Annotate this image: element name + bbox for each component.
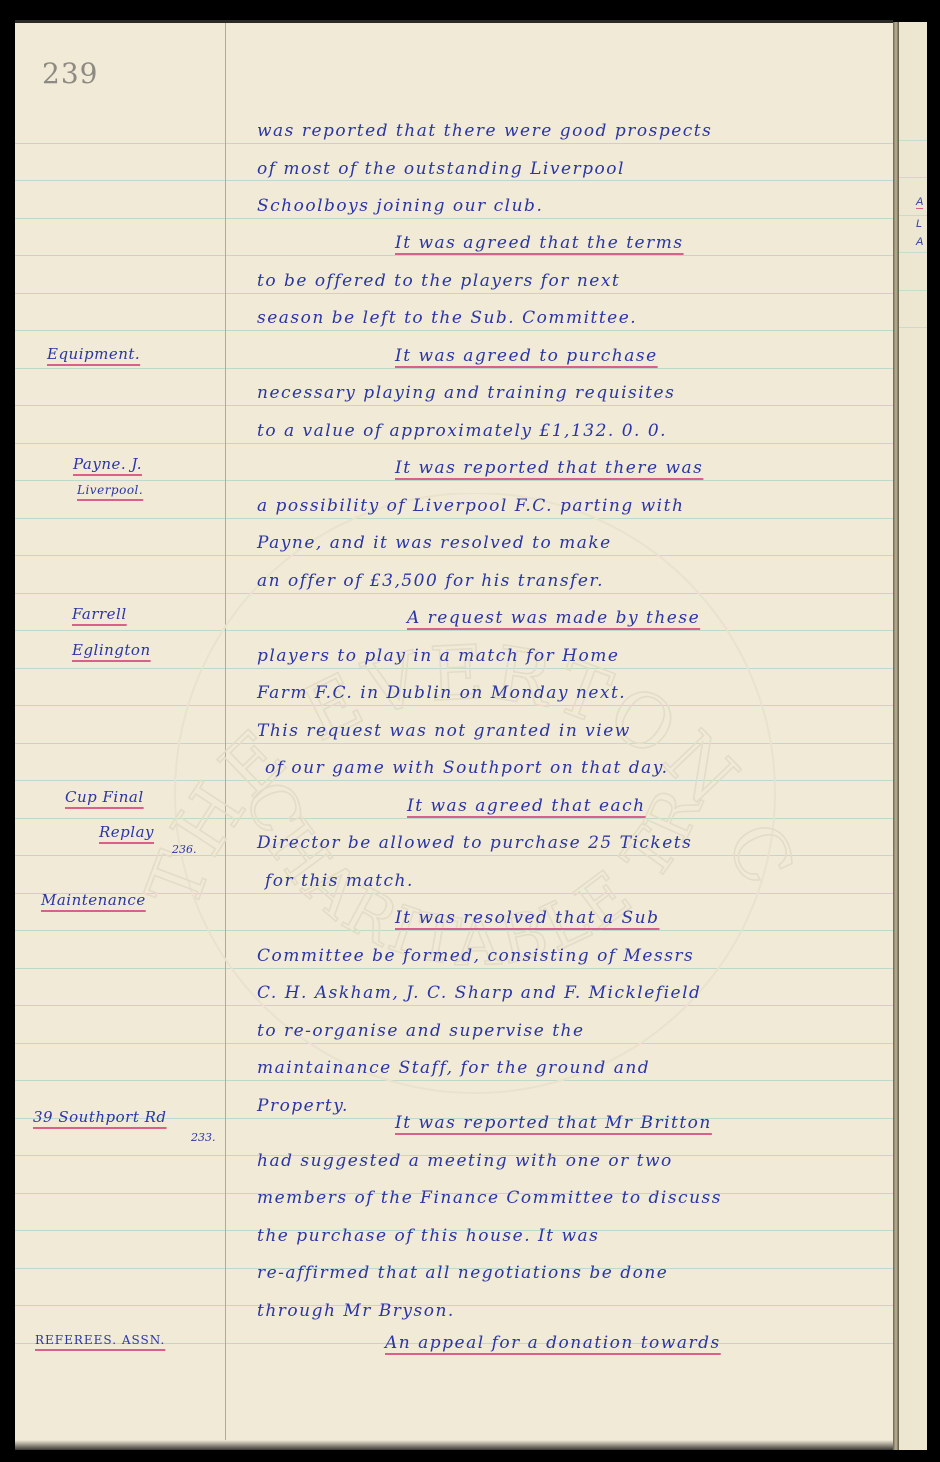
body-line: It was reported that there was bbox=[395, 458, 703, 478]
margin-heading-maintenance: Maintenance bbox=[41, 891, 146, 909]
body-line: It was agreed to purchase bbox=[395, 346, 658, 366]
body-line: It was resolved that a Sub bbox=[395, 908, 659, 928]
ruled-line bbox=[15, 818, 893, 819]
ruled-line bbox=[15, 180, 893, 181]
body-line: to be offered to the players for next bbox=[257, 271, 620, 291]
ruled-line bbox=[15, 1005, 893, 1006]
margin-heading-liverpool: Liverpool. bbox=[77, 483, 143, 497]
ruled-line bbox=[15, 518, 893, 519]
facing-page-note: A bbox=[916, 196, 923, 209]
body-line: of our game with Southport on that day. bbox=[265, 758, 669, 778]
ruled-line bbox=[15, 555, 893, 556]
body-line: Committee be formed, consisting of Messr… bbox=[257, 946, 694, 966]
ruled-line bbox=[15, 855, 893, 856]
body-line: players to play in a match for Home bbox=[257, 646, 619, 666]
ruled-line bbox=[15, 218, 893, 219]
ruled-line bbox=[15, 930, 893, 931]
margin-heading-farrell: Farrell bbox=[72, 605, 127, 623]
ruled-line bbox=[15, 593, 893, 594]
ruled-line bbox=[15, 743, 893, 744]
body-line: C. H. Askham, J. C. Sharp and F. Micklef… bbox=[257, 983, 701, 1003]
ruled-line bbox=[15, 368, 893, 369]
facing-page-note: L bbox=[916, 218, 922, 230]
margin-rule bbox=[225, 23, 226, 1450]
body-line: Director be allowed to purchase 25 Ticke… bbox=[257, 833, 692, 853]
margin-heading-cup-final: Cup Final bbox=[65, 788, 144, 806]
body-line: to a value of approximately £1,132. 0. 0… bbox=[257, 421, 667, 441]
body-line: to re-organise and supervise the bbox=[257, 1021, 585, 1041]
body-line: was reported that there were good prospe… bbox=[257, 121, 712, 141]
body-line: maintainance Staff, for the ground and bbox=[257, 1058, 650, 1078]
cross-reference: 233. bbox=[191, 1131, 216, 1144]
ruled-line bbox=[15, 1080, 893, 1081]
margin-heading-eglington: Eglington bbox=[72, 641, 151, 659]
body-line: a possibility of Liverpool F.C. parting … bbox=[257, 496, 684, 516]
body-line: necessary playing and training requisite… bbox=[257, 383, 675, 403]
ruled-line bbox=[15, 968, 893, 969]
body-line: members of the Finance Committee to disc… bbox=[257, 1188, 722, 1208]
page-number: 239 bbox=[42, 57, 98, 90]
body-line: It was agreed that each bbox=[407, 796, 646, 816]
ruled-line bbox=[15, 893, 893, 894]
ruled-line bbox=[15, 1043, 893, 1044]
margin-heading-referees-assn: REFEREES. ASSN. bbox=[35, 1333, 165, 1347]
body-line: Farm F.C. in Dublin on Monday next. bbox=[257, 683, 626, 703]
body-line: This request was not granted in view bbox=[257, 721, 631, 741]
ruled-line bbox=[15, 255, 893, 256]
minute-book-page: THE EVERTON COLLECTION CHARITABLE TRUST … bbox=[15, 20, 893, 1450]
ruled-line bbox=[15, 330, 893, 331]
ruled-line bbox=[15, 480, 893, 481]
ruled-line bbox=[15, 293, 893, 294]
ruled-line bbox=[15, 405, 893, 406]
body-line: for this match. bbox=[265, 871, 414, 891]
body-line: An appeal for a donation towards bbox=[385, 1333, 721, 1353]
ruled-line bbox=[15, 780, 893, 781]
facing-page-edge: A L A bbox=[899, 22, 927, 1450]
ruled-line bbox=[15, 668, 893, 669]
body-line: It was reported that Mr Britton bbox=[395, 1113, 712, 1133]
ruled-line bbox=[15, 443, 893, 444]
body-line: of most of the outstanding Liverpool bbox=[257, 159, 625, 179]
body-line: through Mr Bryson. bbox=[257, 1301, 455, 1321]
ruled-line bbox=[15, 630, 893, 631]
cross-reference: 236. bbox=[172, 843, 197, 856]
body-line: an offer of £3,500 for his transfer. bbox=[257, 571, 604, 591]
body-line: Property. bbox=[257, 1096, 349, 1116]
ruled-line bbox=[15, 143, 893, 144]
body-line: Schoolboys joining our club. bbox=[257, 196, 543, 216]
margin-heading-equipment: Equipment. bbox=[47, 345, 140, 363]
body-line: re-affirmed that all negotiations be don… bbox=[257, 1263, 668, 1283]
margin-heading-southport-rd: 39 Southport Rd bbox=[33, 1108, 167, 1126]
body-line: season be left to the Sub. Committee. bbox=[257, 308, 637, 328]
facing-page-note: A bbox=[916, 236, 923, 248]
body-line: It was agreed that the terms bbox=[395, 233, 684, 253]
body-line: A request was made by these bbox=[407, 608, 700, 628]
margin-heading-replay: Replay bbox=[99, 823, 154, 841]
body-line: Payne, and it was resolved to make bbox=[257, 533, 612, 553]
margin-heading-payne: Payne. J. bbox=[73, 455, 142, 473]
ruled-line bbox=[15, 705, 893, 706]
body-line: had suggested a meeting with one or two bbox=[257, 1151, 673, 1171]
body-line: the purchase of this house. It was bbox=[257, 1226, 599, 1246]
